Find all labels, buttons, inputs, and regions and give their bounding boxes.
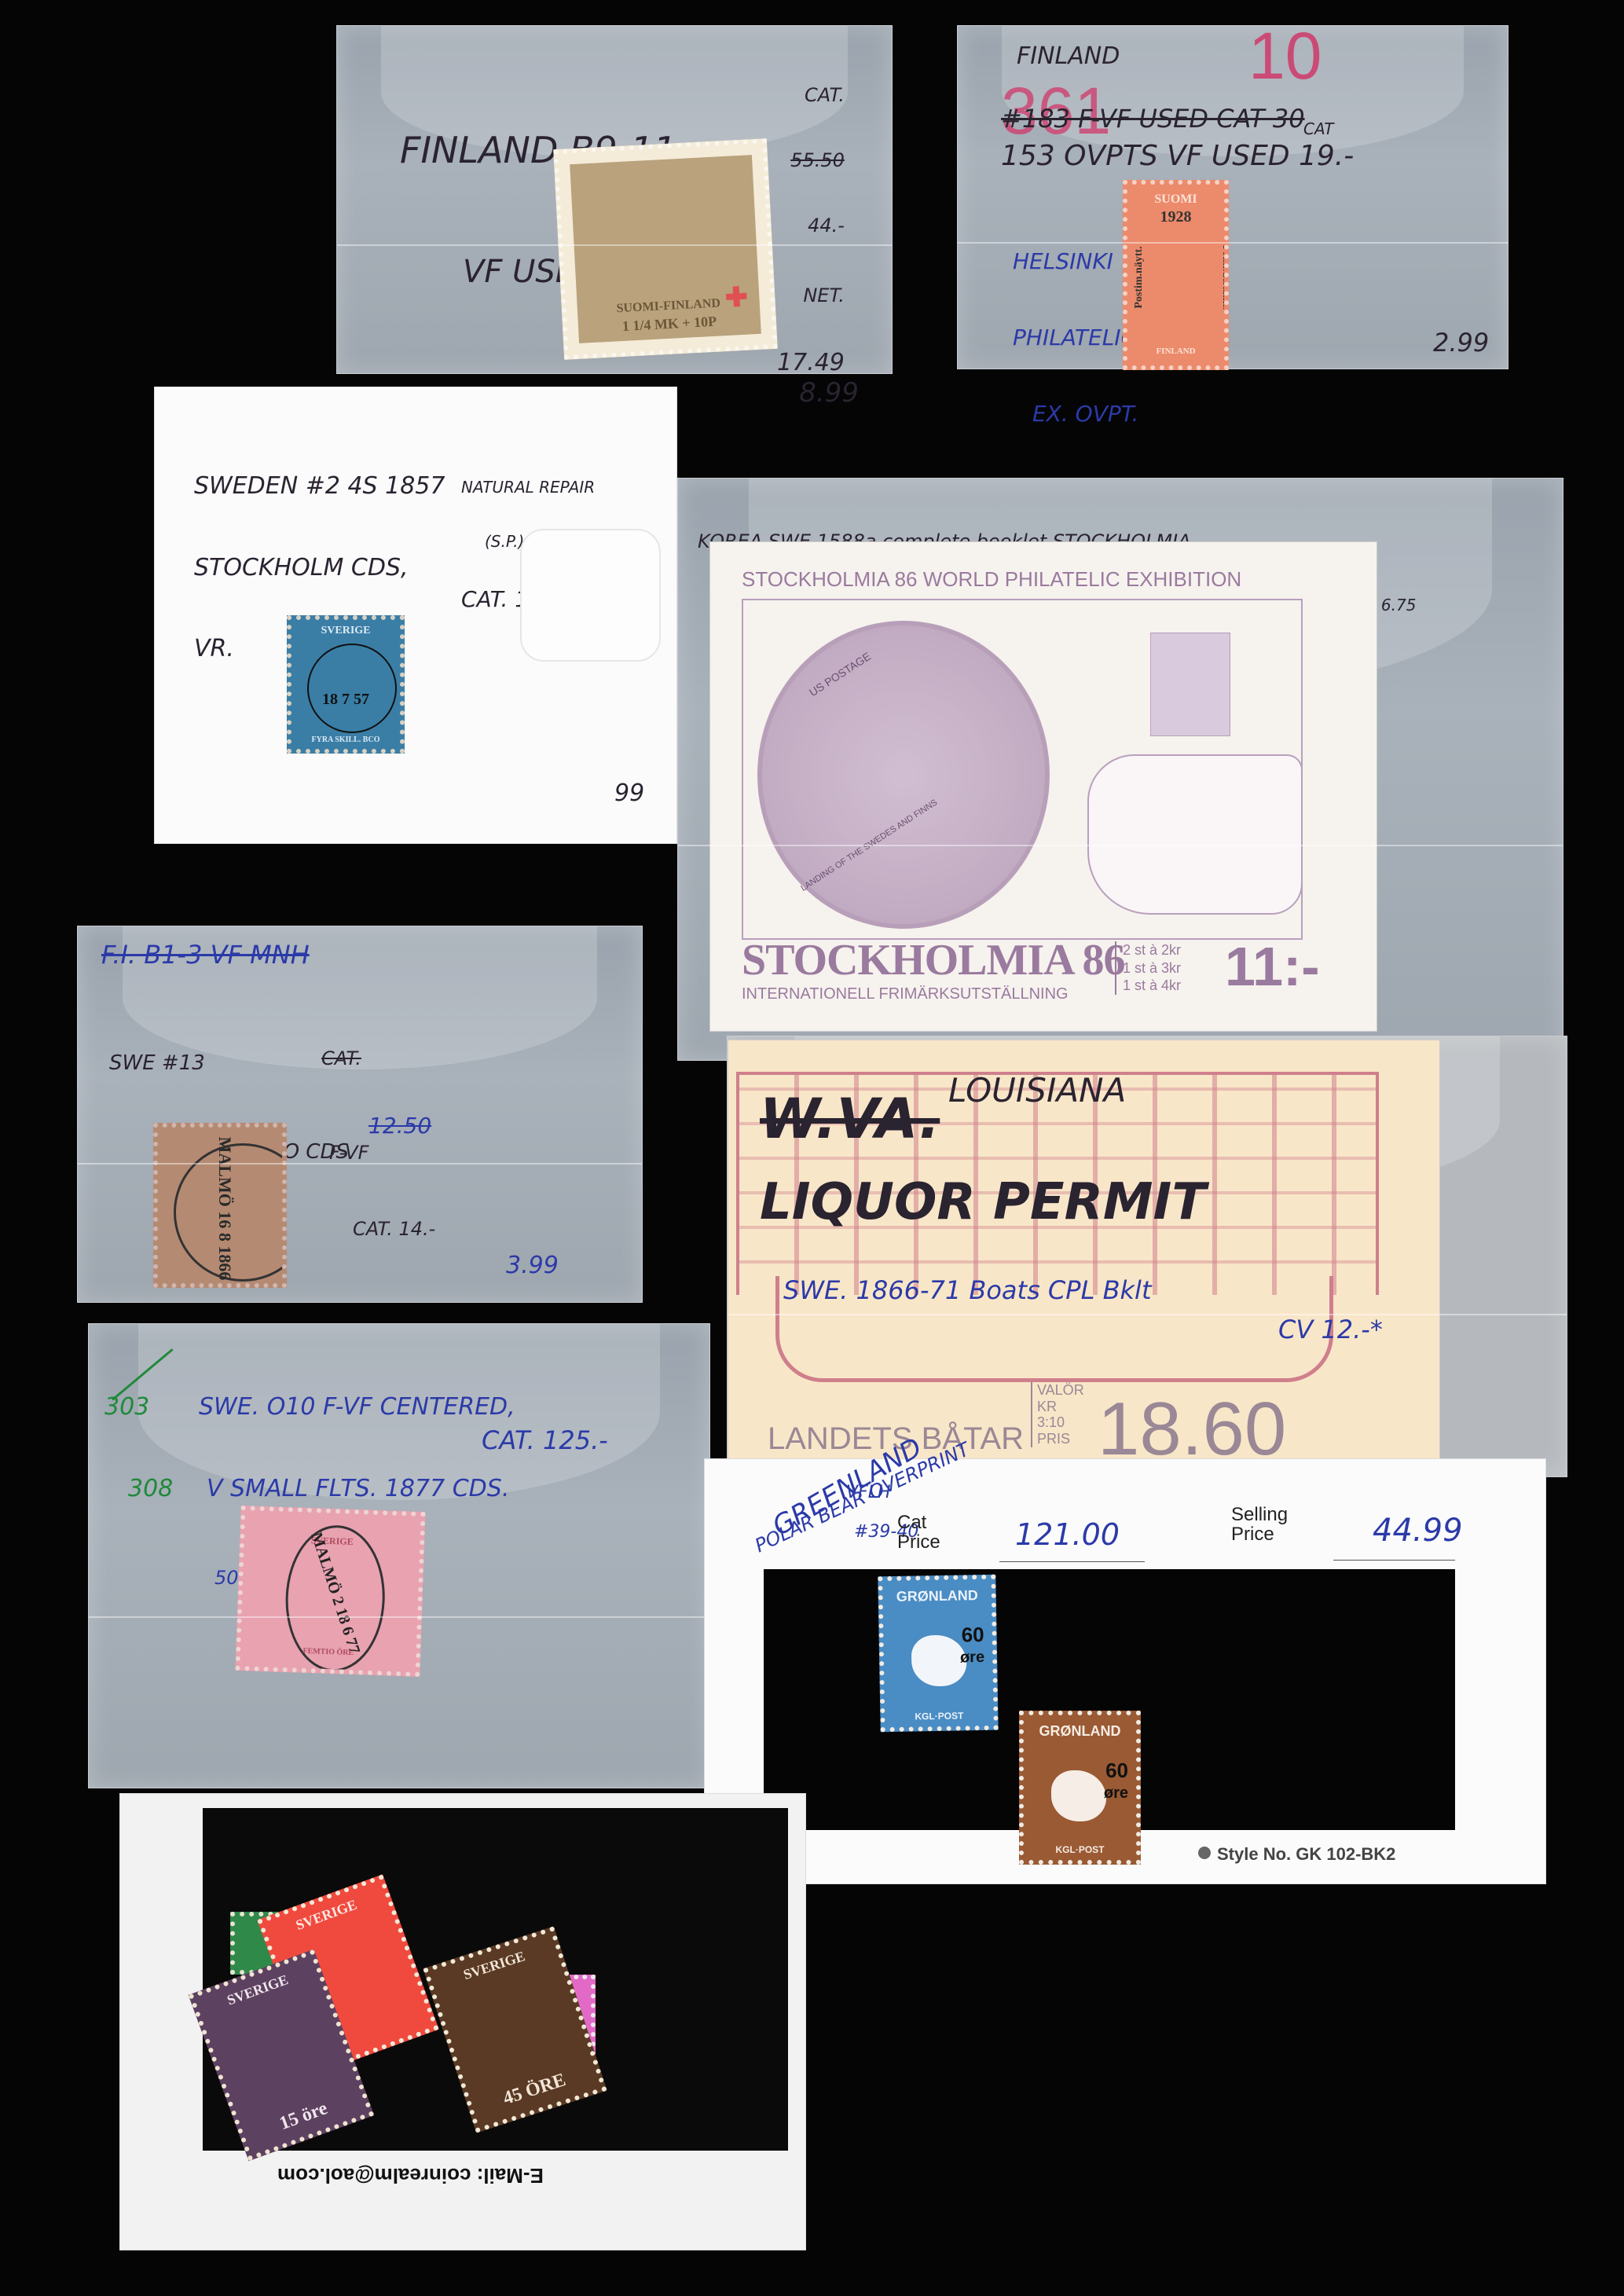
stock-card-greenland[interactable]: GREENLAND POLAR BEAR OVERPRINT VFLH #39-…	[704, 1458, 1546, 1884]
stamp-unit: øre	[1104, 1784, 1128, 1803]
note-line: NATURAL REPAIR	[461, 479, 595, 497]
stock-card-sweden-2[interactable]: SWEDEN #2 4S 1857 STOCKHOLM CDS, VR. NAT…	[154, 387, 677, 844]
cat-label: CAT	[1303, 120, 1333, 138]
stamp-bottom: FYRA SKILL. BCO	[291, 735, 400, 744]
booklet-title: STOCKHOLMIA 86	[742, 935, 1125, 985]
cat-struck: 55.50	[777, 150, 845, 172]
cat-value: CAT. 125.-	[482, 1426, 608, 1455]
hand-drawing	[1087, 754, 1303, 915]
blue-note: HELSINKI	[1013, 249, 1138, 274]
lot-number: 10	[1248, 18, 1322, 94]
stamp-finland-red-cross: SUOMI-FINLAND 1 1/4 MK + 10P	[553, 138, 778, 360]
note-line: VFLH	[846, 1483, 891, 1502]
price: 3.99	[506, 1253, 559, 1280]
note-blue: SWE. 1866-71 Boats CPL Bklt	[783, 1276, 1151, 1305]
stamp-sweden-4-skilling: SVERIGE 18 7 57 FYRA SKILL. BCO	[287, 615, 405, 754]
blue-note: EX. OVPT.	[1032, 402, 1138, 427]
polar-bear-icon	[1051, 1770, 1106, 1821]
selling-price-value: 44.99	[1373, 1513, 1463, 1549]
magnifying-glass-icon	[757, 621, 1050, 929]
struck-line: F.I. B1-3 VF MNH	[101, 941, 310, 970]
small-stamp-image	[1150, 633, 1230, 736]
stock-card-stockholmia[interactable]: KOREA SWE 1588a complete booklet STOCKHO…	[677, 478, 1564, 1061]
stamp-country: GRØNLAND	[1024, 1723, 1136, 1740]
note-line: CAT. 14.-	[353, 1219, 435, 1241]
stamp-unit: øre	[960, 1649, 985, 1667]
note-blue-cv: CV 12.-*	[1278, 1315, 1383, 1344]
postmark-circle	[307, 644, 397, 733]
stamp-sweden-official-50: SVERIGE MALMÖ 2 18 6 77 FEMTIO ÖRE	[235, 1506, 425, 1677]
polar-bear-icon	[911, 1634, 967, 1686]
booklet-stockholmia: STOCKHOLMIA 86 WORLD PHILATELIC EXHIBITI…	[709, 541, 1377, 1032]
stamp-footer: KGL·POST	[1024, 1844, 1136, 1855]
net-label: NET.	[777, 285, 845, 307]
hinge-mark	[520, 529, 661, 662]
price: 99	[614, 780, 644, 808]
stamp-surcharge: 60	[1105, 1759, 1128, 1783]
stock-number: 308	[128, 1476, 173, 1503]
selling-price-underline	[1333, 1560, 1455, 1561]
booklet-content: 2 st à 2kr	[1123, 941, 1181, 959]
note-line: SWE. O10 F-VF CENTERED,	[199, 1394, 515, 1421]
stock-card-sweden-13[interactable]: F.I. B1-3 VF MNH SWE #13 1866 MALMO CDS …	[77, 926, 643, 1303]
selling-price-label: Price	[1231, 1524, 1288, 1544]
cat-price-underline	[999, 1561, 1145, 1562]
booklet-pris: PRIS	[1037, 1431, 1084, 1447]
stamp-top: SVERIGE	[291, 625, 400, 637]
red-cross-icon	[726, 286, 747, 307]
cat-price-value: 121.00	[1015, 1518, 1120, 1553]
note-louisiana: LOUISIANA	[948, 1072, 1126, 1109]
cat-value: 44.-	[777, 215, 845, 237]
stamp-top: SUOMI	[1127, 193, 1224, 207]
note-line: V SMALL FLTS. 1877 CDS.	[207, 1476, 515, 1503]
cat-label: CAT.	[777, 85, 845, 107]
note-liquor-permit: LIQUOR PERMIT	[760, 1174, 1206, 1232]
stamp-footer: KGL·POST	[885, 1710, 993, 1722]
note-line: SWEDEN #2 4S 1857	[194, 473, 445, 501]
stamp-greenland-blue: GRØNLAND 60 øre KGL·POST	[878, 1575, 998, 1733]
email-upside-down: E-Mail: coinrealm@aol.com	[277, 2163, 544, 2188]
booklet-subtitle: INTERNATIONELL FRIMÄRKSUTSTÄLLNING	[742, 985, 1069, 1003]
note-line: STOCKHOLM CDS,	[194, 555, 445, 582]
blue-note: PHILATELIC	[1013, 325, 1138, 350]
booklet-content: 1 st à 3kr	[1123, 959, 1181, 977]
stamp-sweden-3-ore: MALMÖ 16 8 1866	[153, 1123, 287, 1288]
cat-price-label: Price	[897, 1532, 940, 1552]
stamp-country: GRØNLAND	[883, 1587, 992, 1605]
booklet-price: 11:-	[1225, 935, 1320, 998]
booklet-valor: VALÖR KR 3:10	[1037, 1382, 1084, 1431]
note-wva: W.VA.	[760, 1087, 940, 1151]
note-country: FINLAND	[1017, 43, 1120, 71]
selling-price-label: Selling	[1231, 1505, 1288, 1524]
booklet-boats: W.VA. LOUISIANA LIQUOR PERMIT SWE. 1866-…	[728, 1040, 1440, 1465]
stock-card-finland-helsinki[interactable]: FINLAND 361 10 #183 F-VF USED CAT 30 CAT…	[957, 25, 1509, 369]
stamp-postmark: MALMÖ 16 8 1866	[214, 1123, 235, 1288]
crown-logo-icon	[1198, 1847, 1211, 1859]
stamp-ovpt-right: Frim.utställn.	[1219, 218, 1229, 336]
style-number: Style No. GK 102-BK2	[1217, 1844, 1395, 1865]
stamp-surcharge: 60	[961, 1623, 984, 1648]
price: 8.99	[799, 377, 859, 409]
stock-card-sweden-o10[interactable]: 303 308 SWE. O10 F-VF CENTERED, V SMALL …	[88, 1323, 710, 1788]
stamp-finland-1928: SUOMI 1928 Postim.näytt. Frim.utställn. …	[1123, 180, 1229, 370]
stamp-ovpt-left: Postim.näytt.	[1133, 218, 1146, 336]
stock-card-sweden-mixture[interactable]: ÖRE SVERIGE SVERIGE 45 ÖRE SVERIGE 15 ör…	[119, 1793, 806, 2250]
stamp-bottom: FINLAND	[1127, 347, 1224, 356]
note-line: 153 OVPTS VF USED 19.-	[1001, 140, 1354, 172]
cat-struck: CAT.	[321, 1048, 431, 1070]
booklet-content: 1 st à 4kr	[1123, 977, 1181, 995]
stamp-greenland-brown: GRØNLAND 60 øre KGL·POST	[1019, 1711, 1141, 1865]
struck-line: #183 F-VF USED CAT 30	[1001, 105, 1305, 134]
note-line: F-VF	[329, 1142, 435, 1165]
stock-card-finland-b9-11[interactable]: FINLAND B9-11 VF USED CAT. 55.50 44.- NE…	[336, 25, 893, 374]
booklet-header: STOCKHOLMIA 86 WORLD PHILATELIC EXHIBITI…	[742, 567, 1241, 592]
note-line: SWE #13	[109, 1052, 349, 1076]
price: 2.99	[1433, 328, 1489, 358]
cat-price-label: Cat	[897, 1513, 940, 1532]
